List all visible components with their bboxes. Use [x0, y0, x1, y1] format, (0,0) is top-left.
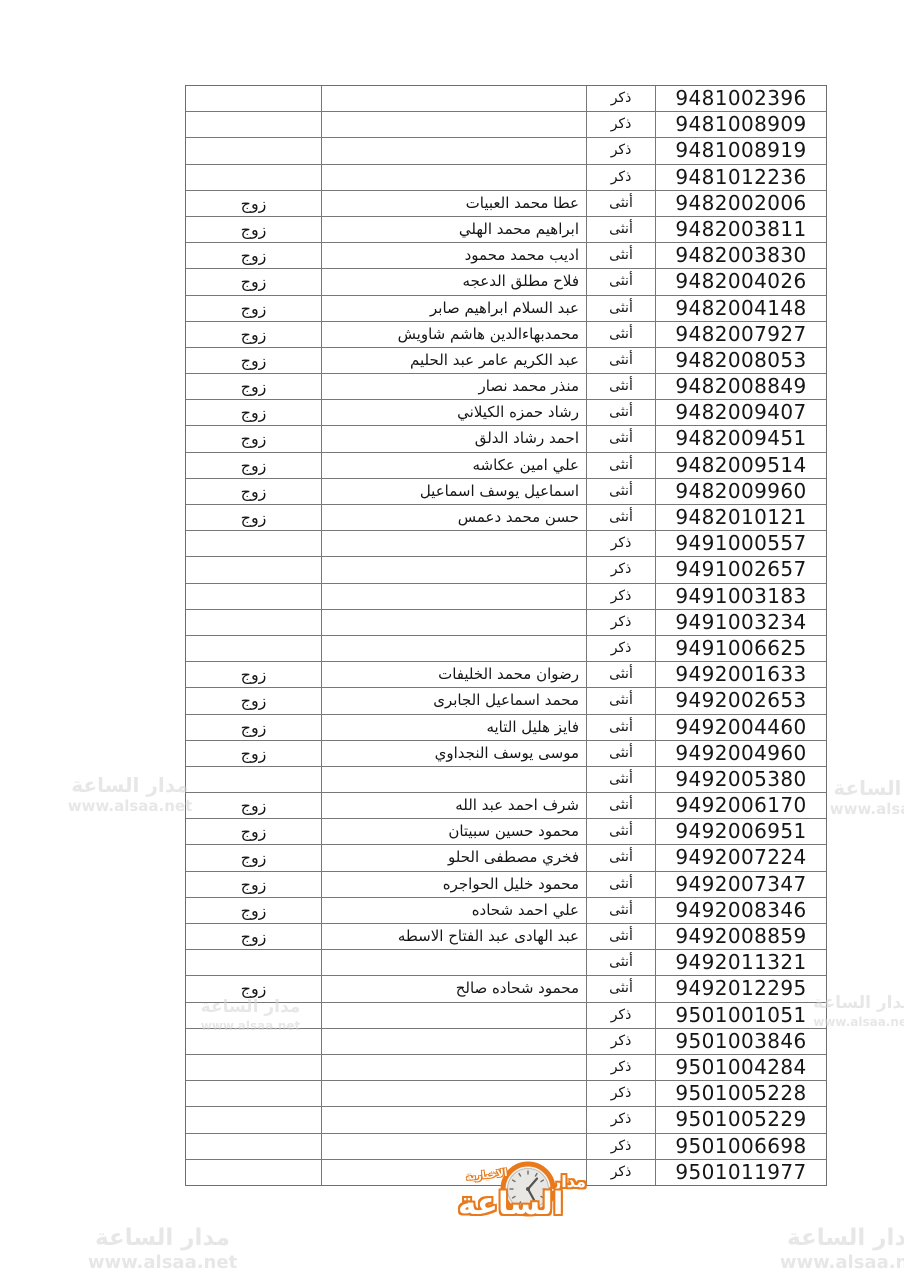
id-cell: 9481012236	[656, 165, 826, 190]
relation-cell	[186, 531, 321, 556]
id-cell: 9492008346	[656, 898, 826, 923]
relation-cell: زوج	[186, 296, 321, 321]
name-cell: محمود شحاده صالح	[322, 976, 586, 1001]
name-cell	[322, 610, 586, 635]
gender-cell: أنثى	[587, 767, 655, 792]
name-cell: عبد الهادى عبد الفتاح الاسطه	[322, 924, 586, 949]
id-cell: 9501003846	[656, 1029, 826, 1054]
relation-cell: زوج	[186, 976, 321, 1001]
gender-cell: أنثى	[587, 269, 655, 294]
gender-cell: ذكر	[587, 610, 655, 635]
name-cell	[322, 1081, 586, 1106]
relation-cell: زوج	[186, 269, 321, 294]
relation-cell	[186, 557, 321, 582]
gender-cell: ذكر	[587, 1003, 655, 1028]
relation-cell: زوج	[186, 217, 321, 242]
relation-cell	[186, 636, 321, 661]
name-cell	[322, 1107, 586, 1132]
relation-cell	[186, 112, 321, 137]
gender-cell: أنثى	[587, 322, 655, 347]
name-cell	[322, 767, 586, 792]
name-cell: اديب محمد محمود	[322, 243, 586, 268]
name-cell: محمود خليل الحواجره	[322, 872, 586, 897]
name-cell: فلاح مطلق الدعجه	[322, 269, 586, 294]
id-cell: 9501006698	[656, 1134, 826, 1159]
id-cell: 9501005229	[656, 1107, 826, 1132]
name-cell: علي احمد شحاده	[322, 898, 586, 923]
name-cell	[322, 636, 586, 661]
id-cell: 9492004960	[656, 741, 826, 766]
gender-cell: أنثى	[587, 374, 655, 399]
id-cell: 9491006625	[656, 636, 826, 661]
relation-cell: زوج	[186, 793, 321, 818]
records-table: ذكر9481002396ذكر9481008909ذكر9481008919ذ…	[185, 85, 827, 1186]
name-cell	[322, 950, 586, 975]
gender-cell: ذكر	[587, 86, 655, 111]
watermark-brand-text: مدار الساعة	[762, 1224, 904, 1252]
name-cell: عطا محمد العبيات	[322, 191, 586, 216]
relation-cell	[186, 767, 321, 792]
name-cell: شرف احمد عبد الله	[322, 793, 586, 818]
id-cell: 9492005380	[656, 767, 826, 792]
id-cell: 9482007927	[656, 322, 826, 347]
id-cell: 9492004460	[656, 715, 826, 740]
id-cell: 9482004026	[656, 269, 826, 294]
id-cell: 9492007224	[656, 845, 826, 870]
relation-cell	[186, 1160, 321, 1185]
relation-cell: زوج	[186, 688, 321, 713]
name-cell: محمود حسين سبيتان	[322, 819, 586, 844]
id-cell: 9492011321	[656, 950, 826, 975]
relation-cell: زوج	[186, 479, 321, 504]
id-cell: 9492006170	[656, 793, 826, 818]
name-cell	[322, 584, 586, 609]
gender-cell: أنثى	[587, 400, 655, 425]
gender-cell: ذكر	[587, 1081, 655, 1106]
id-cell: 9492006951	[656, 819, 826, 844]
id-cell: 9491000557	[656, 531, 826, 556]
gender-cell: أنثى	[587, 453, 655, 478]
name-cell	[322, 112, 586, 137]
relation-cell	[186, 1029, 321, 1054]
gender-cell: أنثى	[587, 217, 655, 242]
id-cell: 9482009514	[656, 453, 826, 478]
watermark-url-text: www.alsaa.net	[70, 1252, 255, 1274]
gender-cell: أنثى	[587, 793, 655, 818]
gender-cell: ذكر	[587, 138, 655, 163]
logo-brand-word2: الساعة	[458, 1186, 563, 1222]
id-cell: 9481008909	[656, 112, 826, 137]
gender-cell: ذكر	[587, 1107, 655, 1132]
name-cell	[322, 1055, 586, 1080]
name-cell: رضوان محمد الخليفات	[322, 662, 586, 687]
relation-cell: زوج	[186, 453, 321, 478]
gender-cell: أنثى	[587, 243, 655, 268]
relation-cell: زوج	[186, 715, 321, 740]
id-cell: 9492008859	[656, 924, 826, 949]
gender-cell: أنثى	[587, 191, 655, 216]
id-cell: 9482009451	[656, 426, 826, 451]
relation-cell	[186, 610, 321, 635]
gender-cell: أنثى	[587, 845, 655, 870]
id-cell: 9482004148	[656, 296, 826, 321]
relation-cell	[186, 138, 321, 163]
id-cell: 9482009407	[656, 400, 826, 425]
relation-cell: زوج	[186, 741, 321, 766]
gender-cell: ذكر	[587, 1160, 655, 1185]
name-cell: فخري مصطفى الحلو	[322, 845, 586, 870]
relation-cell: زوج	[186, 845, 321, 870]
gender-cell: ذكر	[587, 1055, 655, 1080]
gender-cell: ذكر	[587, 1134, 655, 1159]
id-cell: 9482003811	[656, 217, 826, 242]
name-cell: علي امين عكاشه	[322, 453, 586, 478]
name-cell: محمد اسماعيل الجابرى	[322, 688, 586, 713]
id-cell: 9492002653	[656, 688, 826, 713]
gender-cell: ذكر	[587, 1029, 655, 1054]
gender-cell: أنثى	[587, 426, 655, 451]
gender-cell: أنثى	[587, 348, 655, 373]
gender-cell: ذكر	[587, 584, 655, 609]
relation-cell: زوج	[186, 872, 321, 897]
relation-cell	[186, 1081, 321, 1106]
name-cell: ابراهيم محمد الهلي	[322, 217, 586, 242]
name-cell	[322, 1134, 586, 1159]
name-cell	[322, 165, 586, 190]
relation-cell: زوج	[186, 348, 321, 373]
gender-cell: ذكر	[587, 557, 655, 582]
name-cell: موسى يوسف النجداوي	[322, 741, 586, 766]
gender-cell: ذكر	[587, 165, 655, 190]
id-cell: 9491002657	[656, 557, 826, 582]
gender-cell: أنثى	[587, 976, 655, 1001]
relation-cell: زوج	[186, 819, 321, 844]
id-cell: 9491003234	[656, 610, 826, 635]
relation-cell: زوج	[186, 505, 321, 530]
id-cell: 9501011977	[656, 1160, 826, 1185]
name-cell	[322, 557, 586, 582]
gender-cell: أنثى	[587, 688, 655, 713]
relation-cell: زوج	[186, 322, 321, 347]
relation-cell: زوج	[186, 662, 321, 687]
id-cell: 9492001633	[656, 662, 826, 687]
name-cell: منذر محمد نصار	[322, 374, 586, 399]
relation-cell	[186, 1055, 321, 1080]
relation-cell	[186, 584, 321, 609]
watermark: مدار الساعة www.alsaa.net	[70, 1224, 255, 1274]
name-cell	[322, 531, 586, 556]
gender-cell: أنثى	[587, 898, 655, 923]
relation-cell: زوج	[186, 191, 321, 216]
id-cell: 9482003830	[656, 243, 826, 268]
name-cell	[322, 138, 586, 163]
gender-cell: أنثى	[587, 872, 655, 897]
name-cell: احمد رشاد الدلق	[322, 426, 586, 451]
id-cell: 9481002396	[656, 86, 826, 111]
name-cell	[322, 86, 586, 111]
gender-cell: ذكر	[587, 636, 655, 661]
watermark: مدار الساعة www.alsaa.net	[762, 1224, 904, 1274]
relation-cell	[186, 1003, 321, 1028]
relation-cell: زوج	[186, 898, 321, 923]
gender-cell: ذكر	[587, 531, 655, 556]
id-cell: 9501001051	[656, 1003, 826, 1028]
gender-cell: ذكر	[587, 112, 655, 137]
id-cell: 9482002006	[656, 191, 826, 216]
id-cell: 9482008053	[656, 348, 826, 373]
watermark-brand-text: مدار الساعة	[70, 1224, 255, 1252]
relation-cell	[186, 165, 321, 190]
watermark-url-text: www.alsaa.net	[762, 1252, 904, 1274]
name-cell: فايز هليل التايه	[322, 715, 586, 740]
name-cell: عبد السلام ابراهيم صابر	[322, 296, 586, 321]
gender-cell: أنثى	[587, 662, 655, 687]
relation-cell	[186, 1134, 321, 1159]
gender-cell: أنثى	[587, 819, 655, 844]
relation-cell	[186, 86, 321, 111]
id-cell: 9482008849	[656, 374, 826, 399]
name-cell: اسماعيل يوسف اسماعيل	[322, 479, 586, 504]
name-cell	[322, 1160, 586, 1185]
relation-cell: زوج	[186, 243, 321, 268]
name-cell: محمدبهاءالدين هاشم شاويش	[322, 322, 586, 347]
name-cell	[322, 1029, 586, 1054]
relation-cell	[186, 950, 321, 975]
relation-cell: زوج	[186, 924, 321, 949]
id-cell: 9481008919	[656, 138, 826, 163]
gender-cell: أنثى	[587, 715, 655, 740]
name-cell: عبد الكريم عامر عبد الحليم	[322, 348, 586, 373]
relation-cell	[186, 1107, 321, 1132]
relation-cell: زوج	[186, 400, 321, 425]
relation-cell: زوج	[186, 374, 321, 399]
id-cell: 9501004284	[656, 1055, 826, 1080]
gender-cell: أنثى	[587, 505, 655, 530]
scanned-document-page: مدار الساعة www.alsaa.net مدار الساعة ww…	[0, 0, 904, 1280]
name-cell	[322, 1003, 586, 1028]
id-cell: 9482009960	[656, 479, 826, 504]
name-cell: حسن محمد دعمس	[322, 505, 586, 530]
name-cell: رشاد حمزه الكيلاني	[322, 400, 586, 425]
gender-cell: أنثى	[587, 950, 655, 975]
relation-cell: زوج	[186, 426, 321, 451]
id-cell: 9491003183	[656, 584, 826, 609]
id-cell: 9501005228	[656, 1081, 826, 1106]
id-cell: 9492007347	[656, 872, 826, 897]
id-cell: 9492012295	[656, 976, 826, 1001]
gender-cell: أنثى	[587, 296, 655, 321]
id-cell: 9482010121	[656, 505, 826, 530]
gender-cell: أنثى	[587, 741, 655, 766]
gender-cell: أنثى	[587, 479, 655, 504]
gender-cell: أنثى	[587, 924, 655, 949]
